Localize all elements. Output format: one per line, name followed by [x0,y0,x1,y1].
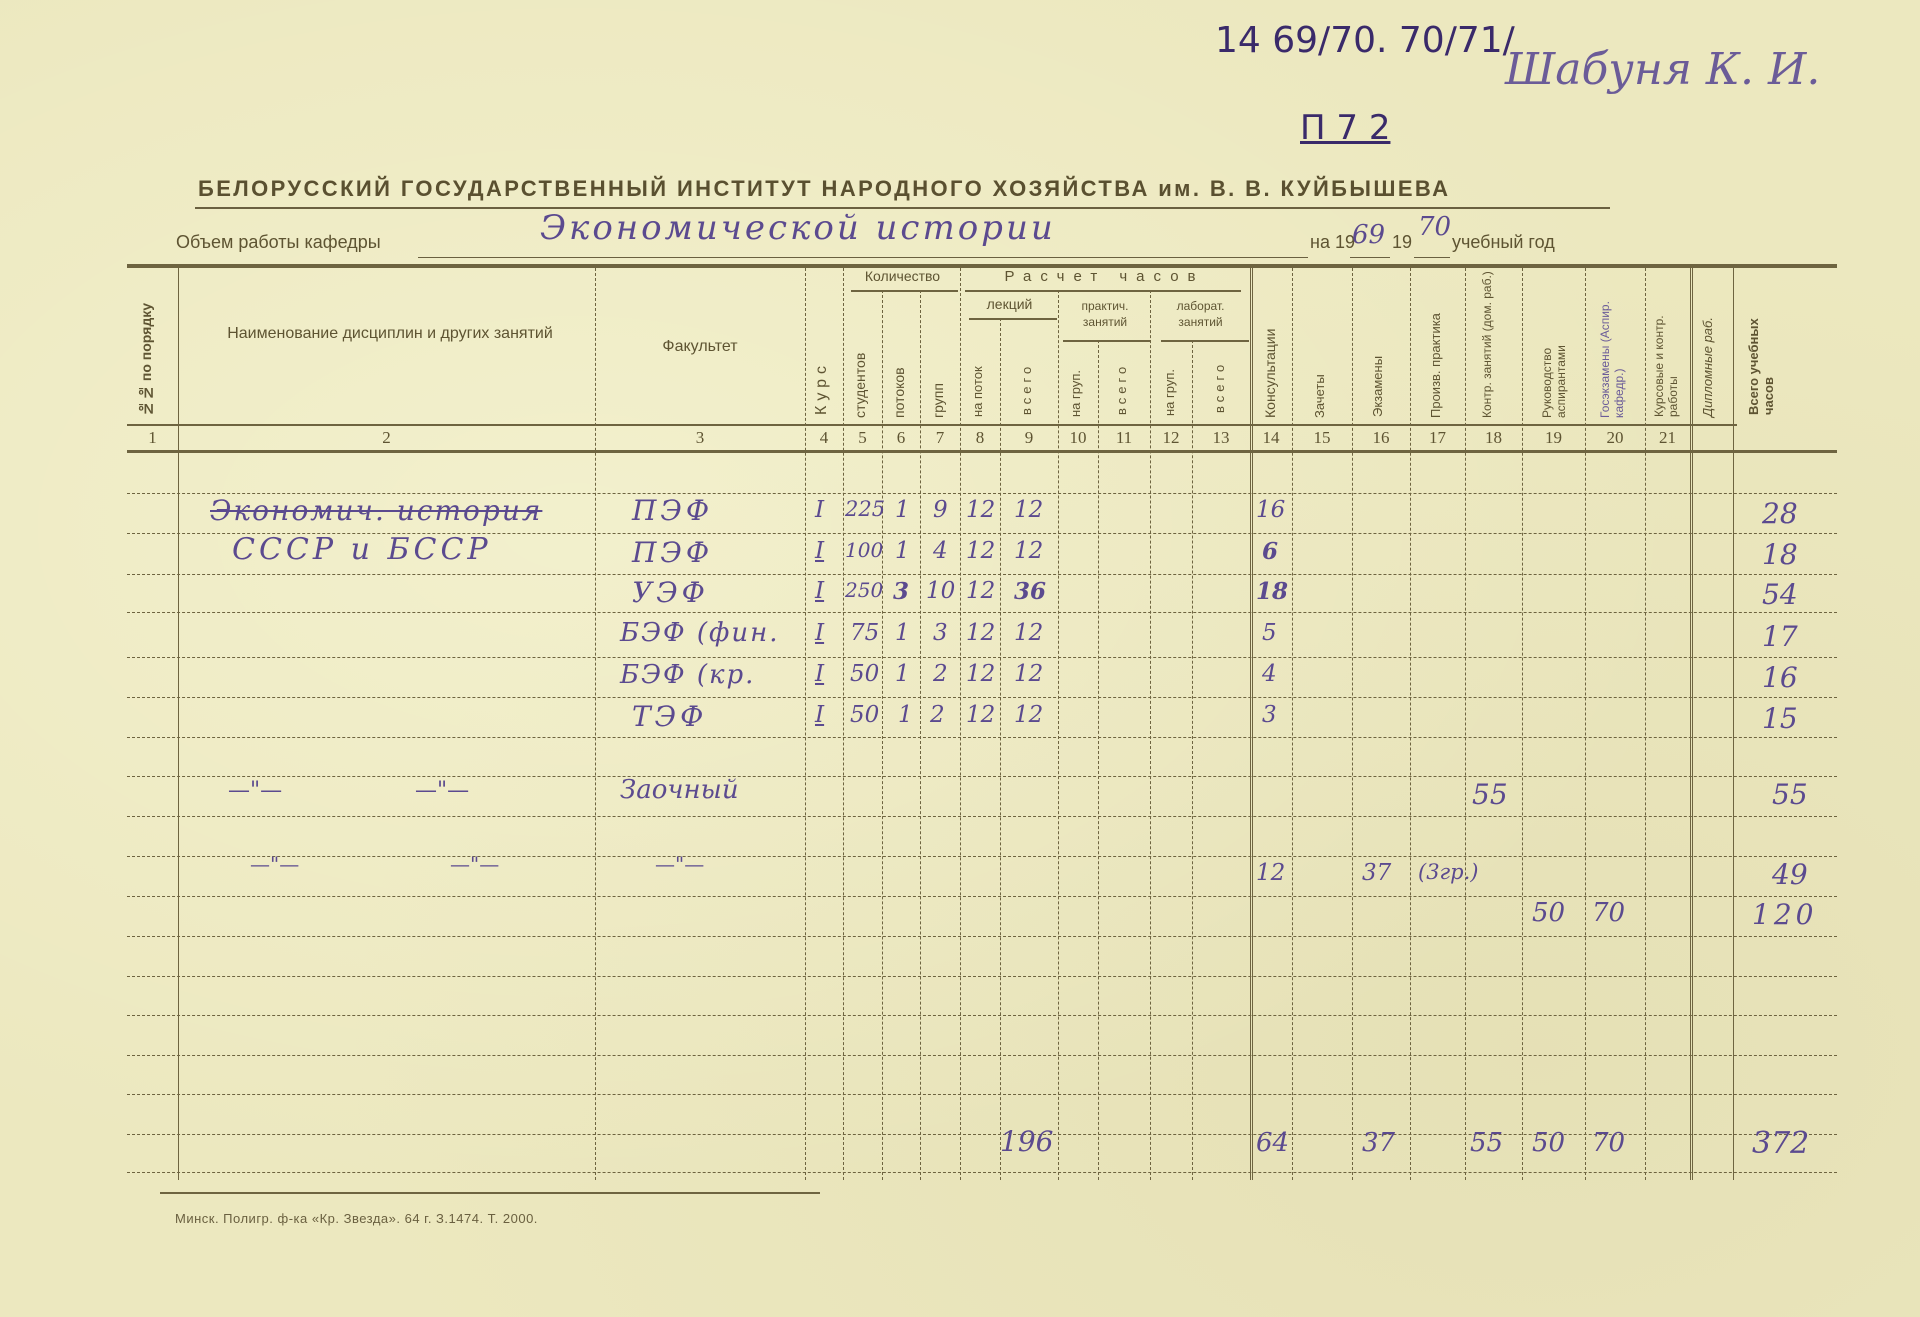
col-num: 13 [1192,428,1250,448]
total-control-cell: 55 [1470,1128,1503,1158]
students-cell: 75 [850,620,879,646]
faculty-cell: —"— [655,852,704,876]
header-bottom-rule [127,450,1837,453]
students-cell: 225 [845,497,885,521]
col-header-row-number: №№ по порядку [138,282,154,417]
lec-total-cell: 12 [1014,538,1043,564]
col-num: 12 [1150,428,1192,448]
groups-cell: 9 [933,497,948,523]
students-cell: 50 [850,702,879,728]
discipline-cell: Экономич. история [210,494,542,527]
faculty-cell: ПЭФ [632,536,713,569]
lec-total-cell: 12 [1014,661,1043,687]
consult-cell: 12 [1256,860,1285,886]
total-cell: 17 [1762,620,1798,653]
col-num: 19 [1522,428,1585,448]
consult-cell: 18 [1256,578,1288,605]
total-cell: 54 [1762,578,1798,611]
discipline-cell: СССР и БССР [232,532,492,567]
lec-total-cell: 12 [1014,702,1043,728]
col-header-groups: групп [930,362,946,418]
col-header-control: Контр. занятий (дом. раб.) [1480,268,1516,418]
lec-stream-cell: 12 [966,578,995,604]
ditto-cell: —"— [250,852,299,876]
printer-imprint: Минск. Полигр. ф-ка «Кр. Звезда». 64 г. … [175,1211,538,1226]
col-num: 15 [1292,428,1352,448]
col-num: 20 [1585,428,1645,448]
students-cell: 250 [845,578,883,602]
year-end: 70 [1418,212,1451,242]
col-num: 7 [920,428,960,448]
kurs-cell: I [815,620,824,646]
total-lec-cell: 196 [1000,1125,1053,1158]
groups-cell: 3 [933,620,948,646]
col-header-pr-total: всего [1114,360,1129,415]
col-header-aspirants: Руководство аспирантами [1540,290,1576,418]
year-mid: 19 [1392,232,1412,253]
faculty-cell: БЭФ (кр. [620,660,755,690]
col-num: 9 [1000,428,1058,448]
total-gosexam-cell: 70 [1592,1128,1625,1158]
author-annotation: Шабуня К. И. [1505,44,1820,95]
col-num: 16 [1352,428,1410,448]
consult-cell: 4 [1262,661,1277,687]
streams-cell: 1 [895,661,910,687]
streams-cell: 1 [895,538,910,564]
col-num: 21 [1645,428,1690,448]
faculty-cell: УЭФ [632,576,709,609]
group-header-lectures: лекций [962,296,1057,312]
group-header-lab: лаборат. занятий [1153,298,1248,330]
groups-cell: 2 [930,702,945,728]
total-cell: 28 [1762,497,1798,530]
dept-value: Экономической истории [540,208,1056,248]
col-num: 11 [1098,428,1150,448]
col-num: 6 [882,428,920,448]
students-cell: 100 [845,538,883,562]
groups-cell: 10 [926,578,955,604]
groups-cell: 2 [933,661,948,687]
control-cell: 55 [1472,778,1508,811]
col-num: 18 [1465,428,1522,448]
group-header-practical: практич. занятий [1060,298,1150,330]
faculty-cell: ПЭФ [632,494,713,527]
col-header-coursework: Курсовые и контр. работы [1652,285,1686,417]
year-suffix: учебный год [1452,232,1555,253]
kurs-cell: I [815,702,824,728]
aspirants-cell: 50 [1532,898,1565,928]
lec-stream-cell: 12 [966,620,995,646]
consult-cell: 16 [1256,497,1285,523]
lec-total-cell: 12 [1014,620,1043,646]
students-cell: 50 [850,661,879,687]
year-start-underline [1350,257,1390,258]
lec-total-cell: 36 [1014,578,1046,605]
ditto-cell: —"— [228,778,282,803]
col-num: 3 [595,428,805,448]
year-end-underline [1414,257,1450,258]
col-num: 14 [1250,428,1292,448]
col-header-credits: Зачеты [1312,360,1327,418]
year-prefix: на 19 [1310,232,1355,253]
year-start: 69 [1352,220,1385,250]
col-header-kurs: Курс [813,350,831,415]
col-header-pr-group: на груп. [1068,355,1083,417]
group-header-hours-calc: Расчет часов [962,268,1247,285]
faculty-cell: БЭФ (фин. [620,618,779,648]
total-cell: 120 [1752,898,1817,931]
col-header-practice: Произв. практика [1428,268,1443,418]
col-header-consultations: Консультации [1262,280,1278,418]
lec-total-cell: 12 [1014,497,1043,523]
total-cell: 49 [1772,858,1808,891]
lec-stream-cell: 12 [966,661,995,687]
total-cell: 55 [1772,778,1808,811]
kurs-cell: I [815,578,824,604]
streams-cell: 1 [895,497,910,523]
exams-cell: 37 [1362,860,1391,886]
col-header-discipline: Наименование дисциплин и других занятий [200,312,580,356]
col-header-faculty: Факультет [600,338,800,356]
total-cell: 16 [1762,661,1798,694]
total-cell: 15 [1762,702,1798,735]
col-num: 2 [178,428,595,448]
col-num: 17 [1410,428,1465,448]
grand-total-cell: 372 [1752,1126,1809,1161]
ditto-cell: —"— [415,778,469,803]
col-num: 10 [1058,428,1098,448]
total-consult-cell: 64 [1256,1128,1289,1158]
col-header-streams: потоков [891,340,907,418]
faculty-cell: ТЭФ [632,700,707,733]
exams-note: (3гр.) [1418,860,1478,884]
total-aspirants-cell: 50 [1532,1128,1565,1158]
streams-cell: 1 [895,620,910,646]
col-header-exams: Экзамены [1370,335,1385,417]
col-header-gosexam: Госэкзамены (Аспир. кафедр.) [1598,268,1634,418]
lec-stream-cell: 12 [966,538,995,564]
consult-cell: 5 [1262,620,1277,646]
total-exams-cell: 37 [1362,1128,1395,1158]
kurs-cell: I [815,538,824,564]
archive-ref-annotation: 14 69/70. 70/71/ [1215,20,1515,61]
col-num: 5 [843,428,882,448]
gosexam-cell: 70 [1592,898,1625,928]
col-header-lec-stream: на поток [970,345,985,417]
institution-title: БЕЛОРУССКИЙ ГОСУДАРСТВЕННЫЙ ИНСТИТУТ НАР… [198,176,1450,202]
col-num: 8 [960,428,1000,448]
group-header-quantity: Количество [845,268,960,284]
kurs-cell: I [815,497,824,523]
col-header-total-hours: Всего учебных часов [1746,285,1786,415]
col-num: 4 [805,428,843,448]
consult-cell: 6 [1262,538,1278,565]
consult-cell: 3 [1262,702,1277,728]
lec-stream-cell: 12 [966,702,995,728]
col-num: 1 [127,428,178,448]
col-header-lec-total: всего [1019,360,1034,415]
streams-cell: 3 [893,578,909,605]
lec-stream-cell: 12 [966,497,995,523]
ditto-cell: —"— [450,852,499,876]
col-header-diploma: Дипломные раб. [1700,272,1715,417]
total-cell: 18 [1762,538,1798,571]
groups-cell: 4 [933,538,948,564]
col-header-students: студентов [852,330,868,418]
kurs-cell: I [815,661,824,687]
streams-cell: 1 [898,702,913,728]
faculty-cell: Заочный [620,775,739,805]
col-header-lab-total: всего [1212,355,1227,413]
dept-underline [418,257,1308,258]
archive-mark-annotation: П 7 2 [1300,108,1390,148]
col-header-lab-group: на груп. [1162,350,1177,416]
dept-label: Объем работы кафедры [176,232,381,253]
